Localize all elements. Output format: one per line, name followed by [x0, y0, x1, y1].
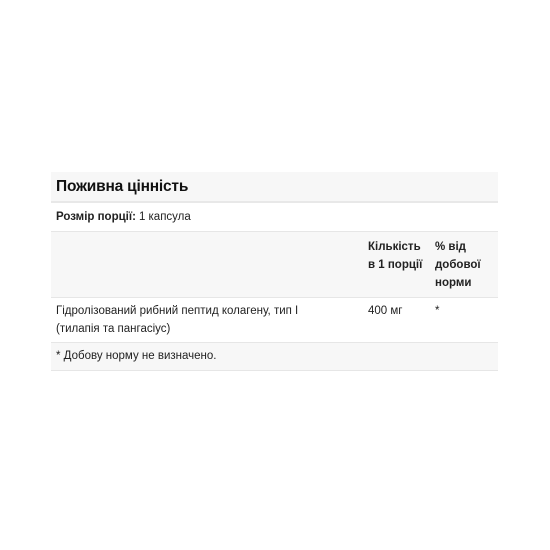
- header-daily-value: % від добової норми: [435, 232, 498, 297]
- header-dv-line2: добової: [435, 256, 498, 274]
- header-amount-line2: в 1 порції: [368, 256, 435, 274]
- facts-title: Поживна цінність: [56, 178, 188, 196]
- header-dv-line3: норми: [435, 274, 498, 292]
- serving-size-label: Розмір порції:: [56, 211, 136, 223]
- ingredient-daily-value: *: [435, 297, 498, 342]
- table-row: Гідролізований рибний пептид колагену, т…: [51, 297, 498, 342]
- facts-title-row: Поживна цінність: [51, 172, 498, 203]
- ingredient-name: Гідролізований рибний пептид колагену, т…: [51, 297, 368, 342]
- serving-size-value: 1 капсула: [139, 211, 191, 223]
- supplement-facts-panel: Поживна цінність Розмір порції: 1 капсул…: [51, 172, 498, 371]
- header-ingredient: [51, 232, 368, 297]
- table-header-row: Кількість в 1 порції % від добової норми: [51, 232, 498, 297]
- footnote-row: * Добову норму не визначено.: [51, 342, 498, 370]
- ingredient-name-line1: Гідролізований рибний пептид колагену, т…: [56, 302, 368, 320]
- serving-size-row: Розмір порції: 1 капсула: [51, 203, 498, 232]
- footnote: * Добову норму не визначено.: [51, 342, 498, 370]
- ingredient-amount: 400 мг: [368, 297, 435, 342]
- header-amount-line1: Кількість: [368, 238, 435, 256]
- header-dv-line1: % від: [435, 238, 498, 256]
- header-amount: Кількість в 1 порції: [368, 232, 435, 297]
- ingredient-name-line2: (тилапія та пангасіус): [56, 320, 368, 338]
- facts-table: Кількість в 1 порції % від добової норми…: [51, 232, 498, 371]
